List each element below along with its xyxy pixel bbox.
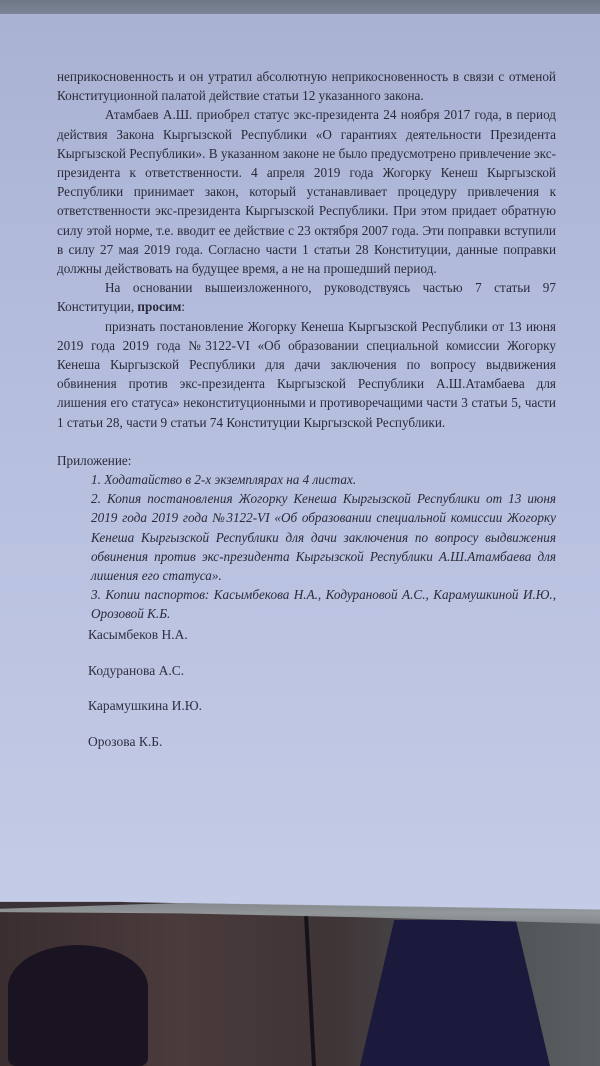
request-word: просим <box>137 299 181 314</box>
paragraph-request: признать постановление Жогорку Кенеша Кы… <box>57 317 556 432</box>
annex-item: 1. Ходатайство в 2-х экземплярах на 4 ли… <box>91 470 556 489</box>
document-body: неприкосновенность и он утратил абсолютн… <box>57 67 556 624</box>
background-surface-top <box>0 0 600 15</box>
paragraph-atambaev-status: Атамбаев А.Ш. приобрел статус экс-презид… <box>57 105 556 278</box>
request-colon: : <box>181 299 185 314</box>
annex-item: 2. Копия постановления Жогорку Кенеша Кы… <box>91 489 556 585</box>
annex-title: Приложение: <box>57 451 556 470</box>
signatures-block: Касымбеков Н.А. Кодуранова А.С. Карамушк… <box>88 627 202 769</box>
signature-name: Орозова К.Б. <box>88 734 202 770</box>
annex-list: 1. Ходатайство в 2-х экземплярах на 4 ли… <box>57 470 556 624</box>
signature-name: Карамушкина И.Ю. <box>88 698 202 734</box>
left-shoe-shadow <box>8 945 148 1066</box>
paragraph-basis: На основании вышеизложенного, руководств… <box>57 278 556 316</box>
signature-name: Кодуранова А.С. <box>88 663 202 699</box>
signature-name: Касымбеков Н.А. <box>88 627 202 663</box>
annex-item: 3. Копии паспортов: Касымбекова Н.А., Ко… <box>91 585 556 623</box>
paragraph-immunity: неприкосновенность и он утратил абсолютн… <box>57 67 556 105</box>
basis-text: На основании вышеизложенного, руководств… <box>57 280 556 314</box>
